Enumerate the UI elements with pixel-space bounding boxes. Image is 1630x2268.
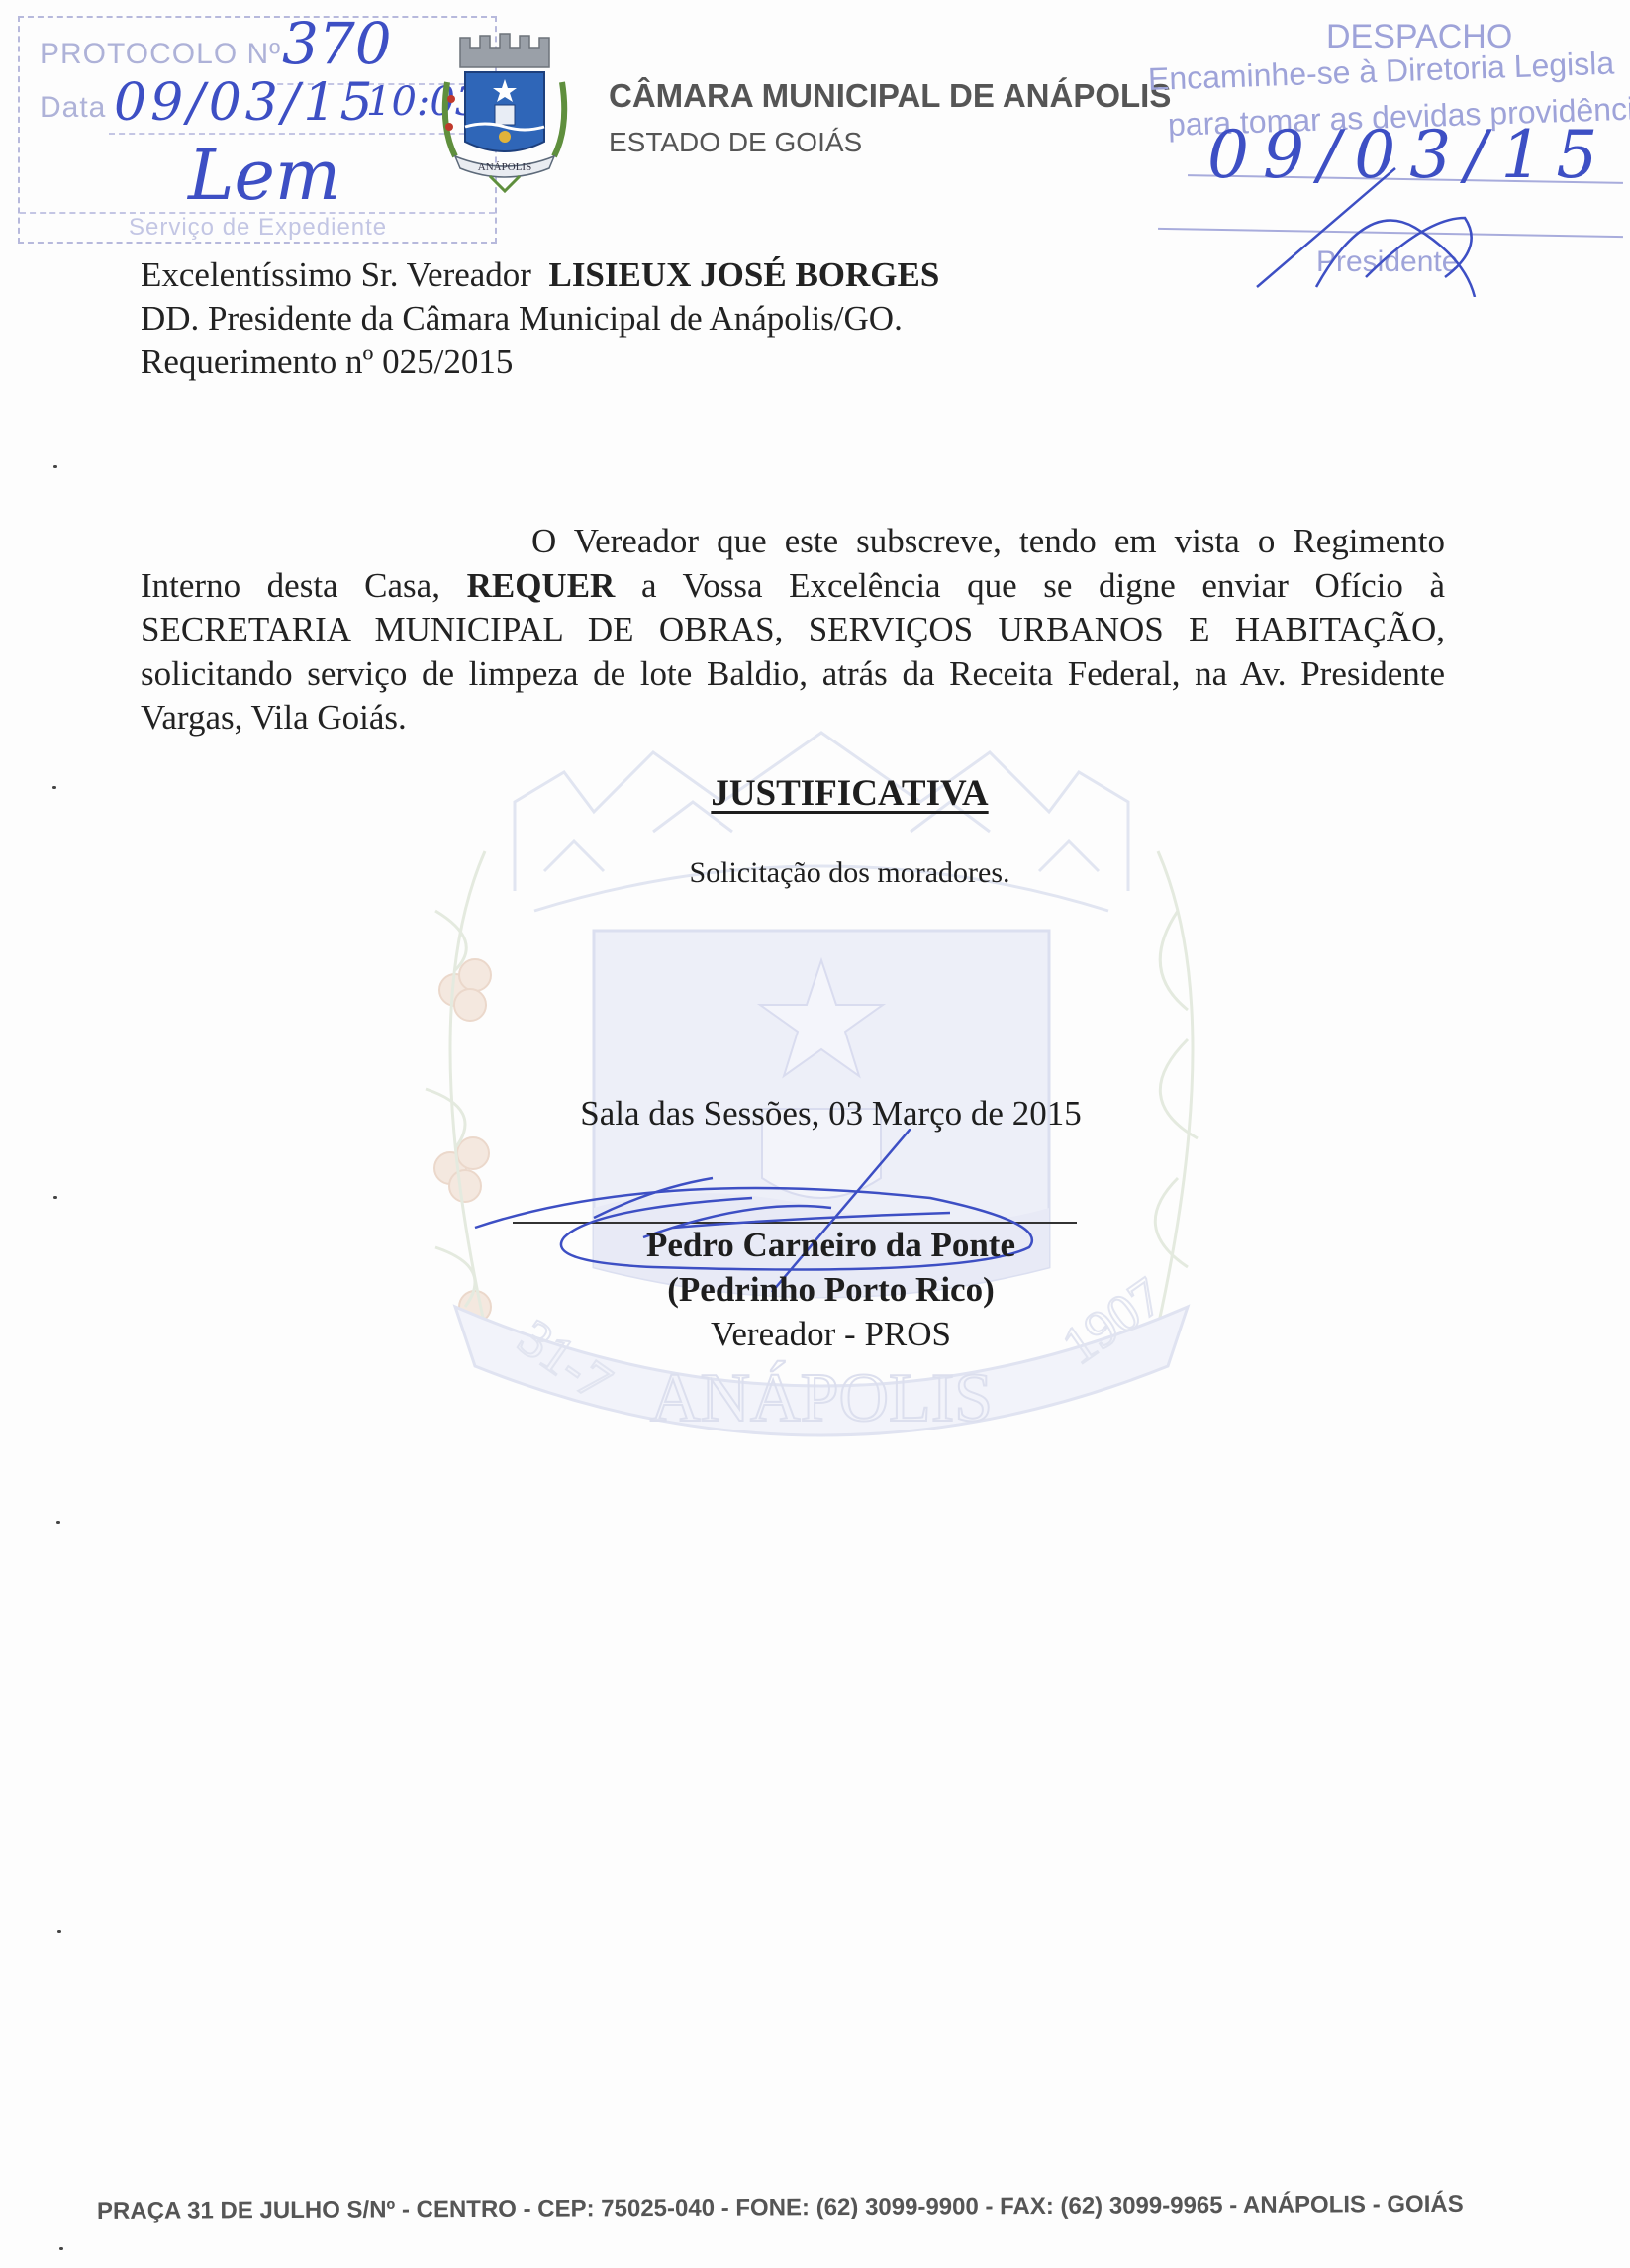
president-signature <box>1247 158 1485 297</box>
scan-speck <box>53 465 57 468</box>
protocolo-initials-handwritten: Lem <box>188 135 340 216</box>
scan-speck <box>52 786 56 789</box>
scan-speck <box>59 2247 63 2250</box>
header-title: CÂMARA MUNICIPAL DE ANÁPOLIS <box>609 77 1171 115</box>
addressee-line2: DD. Presidente da Câmara Municipal de An… <box>141 299 903 339</box>
signer-role: Vereador - PROS <box>0 1315 1630 1354</box>
footer-address: PRAÇA 31 DE JULHO S/Nº - CENTRO - CEP: 7… <box>97 2191 1464 2225</box>
place-date: Sala das Sessões, 03 Março de 2015 <box>0 1094 1630 1134</box>
protocolo-number-handwritten: 370 <box>282 10 392 77</box>
crest-logo: ANÁPOLIS <box>435 28 574 196</box>
svg-text:ANÁPOLIS: ANÁPOLIS <box>478 161 531 173</box>
header-subtitle: ESTADO DE GOIÁS <box>609 127 862 158</box>
protocolo-label: PROTOCOLO Nº <box>40 38 281 71</box>
requerimento-number: Requerimento nº 025/2015 <box>141 343 513 382</box>
addressee-line1: Excelentíssimo Sr. Vereador LISIEUX JOSÉ… <box>141 255 939 295</box>
scan-speck <box>56 1521 60 1524</box>
despacho-line1: Encaminhe-se à Diretoria Legisla <box>1147 46 1614 98</box>
justificativa-text: Solicitação dos moradores. <box>0 856 1630 890</box>
scan-speck <box>53 1196 57 1199</box>
despacho-stamp: DESPACHO Encaminhe-se à Diretoria Legisl… <box>1148 10 1630 277</box>
request-paragraph: O Vereador que este subscreve, tendo em … <box>141 520 1445 740</box>
addressee-name: LISIEUX JOSÉ BORGES <box>548 255 939 294</box>
svg-text:ANÁPOLIS: ANÁPOLIS <box>650 1360 993 1436</box>
scan-speck <box>57 1930 61 1933</box>
servico-expediente-label: Serviço de Expediente <box>129 214 387 242</box>
justificativa-heading: JUSTIFICATIVA <box>0 772 1630 815</box>
protocolo-stamp: PROTOCOLO Nº Data Serviço de Expediente … <box>18 16 497 244</box>
signer-name: Pedro Carneiro da Ponte <box>0 1226 1630 1265</box>
protocolo-date-handwritten: 09/03/15 <box>114 73 377 133</box>
signer-nickname: (Pedrinho Porto Rico) <box>0 1270 1630 1310</box>
data-label: Data <box>40 91 106 125</box>
requer-keyword: REQUER <box>467 566 616 605</box>
